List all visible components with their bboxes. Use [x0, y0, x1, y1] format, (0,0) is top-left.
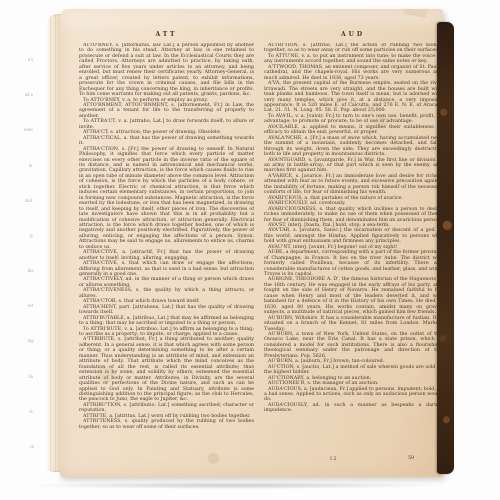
running-heads: ATT AUD — [79, 31, 442, 38]
dictionary-entry: To ATTU'NE, v. a. to put an instrument i… — [264, 54, 442, 65]
facing-page-edge-text: d oad atalesin.mid-ly.theestingllasl.in — [4, 58, 34, 450]
dictionary-entry: ATTRA'CTIVE, a. [attractif, Fr.] that ha… — [79, 250, 254, 261]
dictionary-entry: ATTRA'CTIVELY, ad. in the manner of a th… — [79, 277, 254, 288]
dictionary-entry: AUBIGNE, THEODORE A. D', the famous hist… — [264, 277, 442, 315]
dictionary-entry: ATTRA'HENT, part. [attrahens, Lat.] that… — [79, 305, 254, 316]
book-photograph: d oad atalesin.mid-ly.theestingllasl.in … — [0, 0, 500, 500]
dictionary-entry: A'VARICE, s. [avarice, Fr.] an immoderat… — [264, 174, 442, 196]
running-head-left: ATT — [79, 31, 254, 38]
dictionary-entry: AVA'TAR, s. [avatara, Sansc.] the incarn… — [264, 228, 442, 244]
page-edge-text-fragment: mid- — [25, 199, 33, 204]
book-shadow — [24, 482, 444, 489]
dictionary-entry: To AVA'IL, v. a. [valoir, Fr.] to turn t… — [264, 114, 442, 125]
text-columns: ATTO'RNEY, s. [attornatus, law Lat.] a p… — [79, 43, 442, 457]
dictionary-entry: To ATTRI'BUTE, v. a. [attribuo, Lat.] to… — [79, 327, 254, 338]
dictionary-entry: AU'BURN, a town of New York, United Stat… — [264, 332, 442, 359]
dictionary-entry: ATTRA'CTICAL, a. that has the power of d… — [79, 136, 254, 147]
page-edge-text-fragment: ly. — [30, 234, 34, 239]
page-edge-text-fragment: the — [27, 269, 33, 274]
dictionary-entry: AVA'NTGUARD, s. [avantgarde, Fr.] in War… — [264, 158, 442, 174]
page-edge-text-fragment: in — [30, 445, 33, 450]
page-corner-fold — [403, 9, 429, 18]
signature-mark: I 2 — [330, 457, 336, 462]
dictionary-entry: ATTRA'CTION, s. [Fr.] the power of drawi… — [79, 147, 254, 251]
running-head-right: AUD — [264, 31, 442, 38]
book-cover-edge — [437, 22, 454, 474]
dictionary-entry: ATTRI'TION, s. [attritio, Lat.] the acti… — [264, 43, 442, 54]
dictionary-entry: A'TTRIBUTE, s. [attribut, Fr.] a thing a… — [79, 337, 254, 402]
left-column: ATTO'RNEY, s. [attornatus, law Lat.] a p… — [79, 43, 254, 457]
dictionary-entry: ATTRIBU'TION, s. [attributio, Lat.] some… — [79, 403, 254, 414]
dictionary-entry: A'VA, the present capital of the Burmese… — [264, 81, 442, 114]
dictionary-entry: AUBE, a department, corresponding with a… — [264, 250, 442, 277]
page-edge-text-fragment: sl. — [29, 410, 33, 415]
dictionary-entry: ATTRA'CTIVENESS, s. the quality by which… — [79, 288, 254, 299]
right-column: ATTRI'TION, s. [attritio, Lat.] the acti… — [264, 43, 442, 457]
dictionary-entry: AVARI'CIOUSNESS, s. that quality which i… — [264, 207, 442, 223]
page-edge-text-fragment: tales — [24, 128, 33, 133]
page-number: 59 — [408, 456, 414, 461]
dictionary-entry: AU'CTION, s. [auctio, Lat.] a method of … — [264, 365, 442, 376]
page-edge-text-fragment: ing — [28, 339, 34, 344]
dictionary-entry: ATTRI'BUTABLE, a. [attribuo, Lat.] that … — [79, 316, 254, 327]
dictionary-entry: A'TTWOOD, THOMAS, an eminent composer, a… — [264, 65, 442, 81]
dictionary-page: ATT AUD ATTO'RNEY, s. [attornatus, law L… — [60, 9, 443, 477]
page-edge-text-fragment: est — [28, 304, 33, 309]
dictionary-entry: ATTRA'CTIVE, s. that which can draw or e… — [79, 261, 254, 277]
dictionary-entry: AUDA'CIOUSLY, ad. in such a manner as be… — [264, 403, 442, 414]
dictionary-entry: AUDA'CIOUS, a. [audacieux, Fr.] applied … — [264, 387, 442, 403]
dictionary-entry: To ATTRA'CT, v. a. [attraho, Lat.] to dr… — [79, 119, 254, 130]
page-edge-text-fragment: ad a — [25, 93, 33, 98]
page-edge-text-fragment: in. — [29, 164, 34, 169]
dictionary-entry: AVA'ILABLE, a. applied to means, it sign… — [264, 125, 442, 136]
dictionary-entry: AVALA'NCHE, s. [Fr.] a mass of snow whic… — [264, 136, 442, 158]
dictionary-entry: ATTO'RNMENT, ATTOU'RNMENT, s. [attorneme… — [79, 103, 254, 119]
dictionary-entry: ATTRI'TENESS, s. quality produced by the… — [79, 419, 254, 430]
dictionary-entry: AU'BURN, Wiltshire. It has a considerabl… — [264, 316, 442, 332]
dictionary-entry: ATTO'RNEY, s. [attornatus, law Lat.] a p… — [79, 43, 254, 98]
page-edge-text-fragment: d o — [28, 58, 34, 63]
page-edge-text-fragment: lla — [29, 375, 33, 380]
